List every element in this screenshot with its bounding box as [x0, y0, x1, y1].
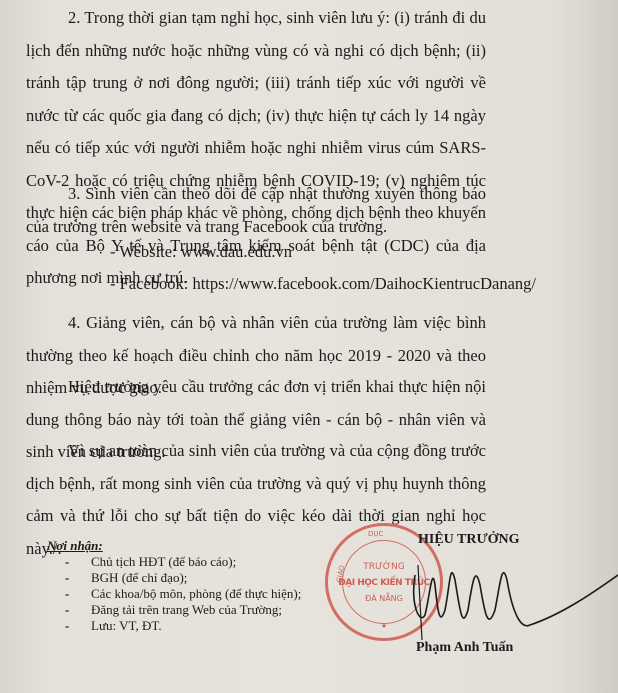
- recipient-item: Chủ tịch HĐT (để báo cáo);: [47, 554, 301, 570]
- recipient-item: Các khoa/bộ môn, phòng (để thực hiện);: [47, 586, 301, 602]
- stamp-rim-top: DỤC: [368, 530, 383, 538]
- recipient-item: BGH (để chỉ đạo);: [47, 570, 301, 586]
- website-link: - Website: www.dau.edu.vn: [110, 242, 292, 262]
- signature-title: HIỆU TRƯỞNG: [418, 532, 520, 548]
- recipients-block: Nơi nhận: Chủ tịch HĐT (để báo cáo); BGH…: [47, 538, 301, 634]
- signer-name: Phạm Anh Tuấn: [416, 640, 513, 656]
- facebook-link: - Facebook: https://www.facebook.com/Dai…: [110, 274, 536, 294]
- signature-mark: [410, 555, 618, 645]
- recipient-item: Lưu: VT, ĐT.: [47, 618, 301, 634]
- recipients-title: Nơi nhận:: [47, 538, 301, 554]
- recipient-item: Đăng tải trên trang Web của Trường;: [47, 602, 301, 618]
- document-page: 2. Trong thời gian tạm nghỉ học, sinh vi…: [0, 0, 618, 693]
- paragraph-3: 3. Sinh viên cần theo dõi để cập nhật th…: [26, 178, 486, 243]
- recipients-list: Chủ tịch HĐT (để báo cáo); BGH (để chỉ đ…: [47, 554, 301, 634]
